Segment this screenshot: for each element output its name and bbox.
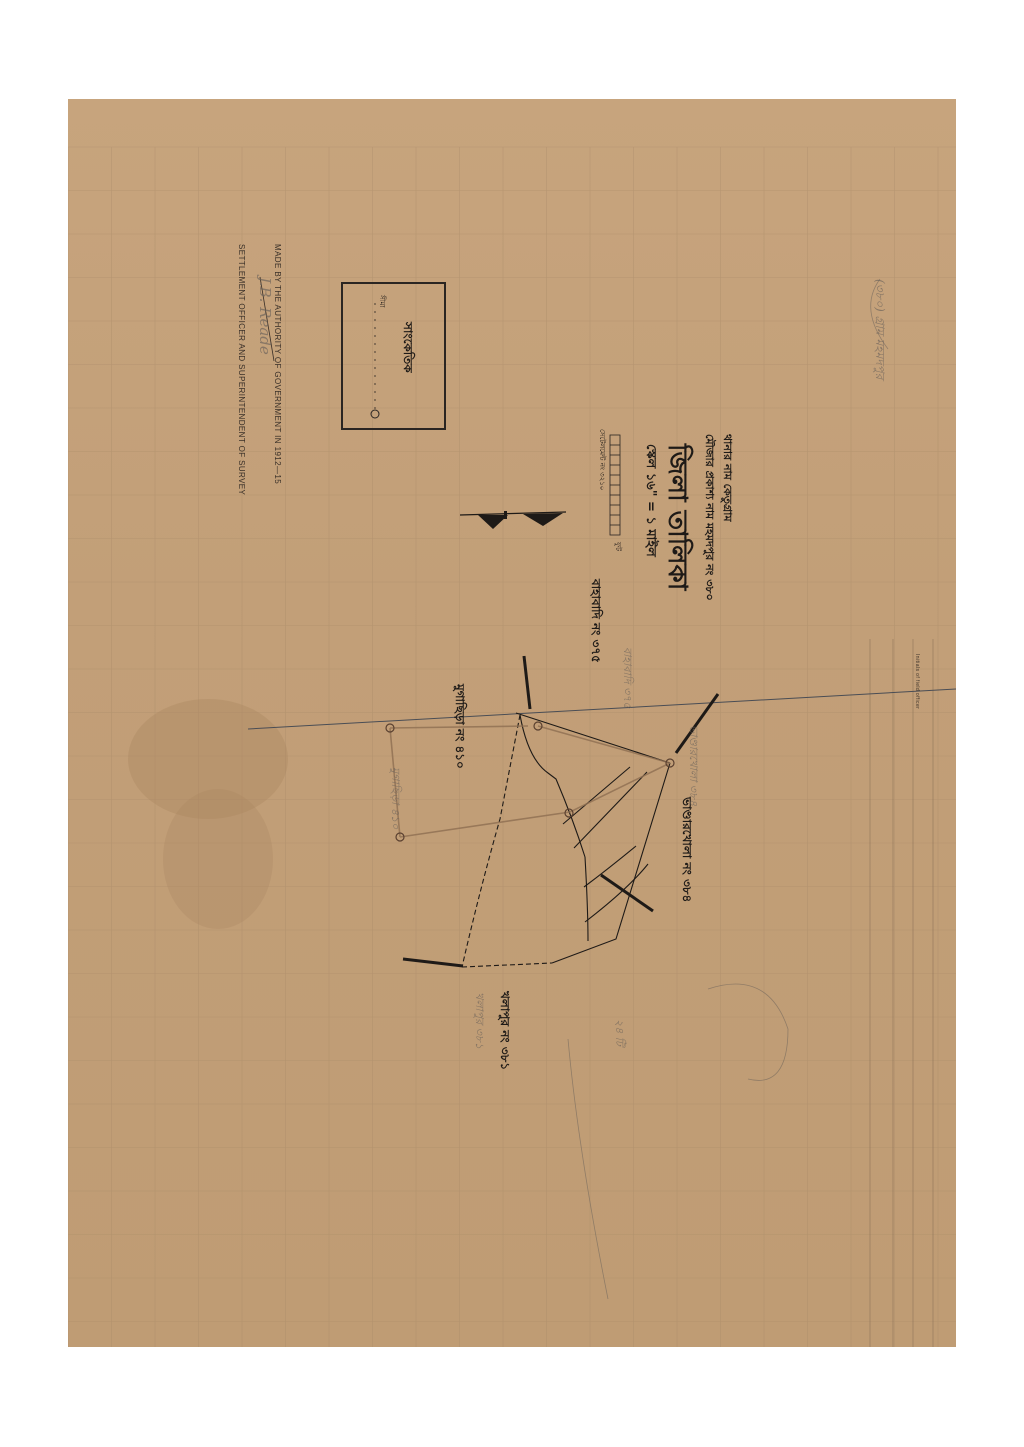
map-drawing — [68, 99, 956, 1347]
margin-table-heading: Initials of field officer — [914, 654, 920, 709]
adjacent-mouza-north: বাহাবাদি নং ৩৭৫ — [584, 579, 604, 663]
adjacent-mouza-west: মুগাছিড়া নং ৪১০ — [448, 684, 468, 769]
legend-box — [342, 283, 445, 429]
map-sheet: MADE BY THE AUTHORITY OF GOVERNMENT IN 1… — [68, 99, 956, 1347]
margin-table — [870, 639, 933, 1347]
scale-bar-caption: সেটেলমেন্ট নং ৩২১০ — [596, 429, 608, 490]
scale-bar-unit: ফুট — [612, 542, 624, 551]
pencil-note-2: মুগাছিড়া ৪১০ — [385, 767, 404, 829]
survey-line — [248, 689, 956, 729]
traverse-lines — [390, 726, 670, 837]
pencil-note-5: ২৪ টি — [609, 1019, 628, 1046]
pencil-note-1: বাহাবাদি ৩৭৫ — [617, 647, 636, 708]
legend-box-item: সীমা — [376, 295, 388, 308]
pencil-note-4: খলাপুর ৩৮১ — [469, 992, 488, 1049]
adjacent-mouza-south: খলাপুর নং ৩৮১ — [493, 991, 513, 1070]
map-title: জিলা তালিকা — [654, 444, 698, 590]
north-arrow-icon — [460, 511, 566, 529]
officer-line: SETTLEMENT OFFICER AND SUPERINTENDENT OF… — [237, 244, 246, 495]
header-line-1: থানার নাম কেতুগ্রাম — [717, 434, 736, 522]
scale-bar — [610, 435, 620, 535]
authority-line: MADE BY THE AUTHORITY OF GOVERNMENT IN 1… — [273, 244, 282, 484]
header-line-2: মৌজার প্রকাশ্য নাম মহমদপুর নং ৩৮০ — [699, 434, 718, 601]
legend-box-label: সাংকেতিক — [396, 322, 416, 373]
pencil-note-village: (৩৮০) গ্রাম মহমদপুর — [868, 279, 888, 379]
mouza-boundary — [462, 713, 670, 967]
pencil-note-3: ভাণ্ডারখোলা ৩৮৪ — [683, 725, 702, 806]
adjacent-mouza-east: ভাণ্ডারখোলা নং ৩৮৪ — [675, 797, 695, 902]
signature: J.B. Reade — [256, 277, 274, 355]
scan-background: MADE BY THE AUTHORITY OF GOVERNMENT IN 1… — [68, 99, 956, 1347]
scale-text: স্কেল ১৬" = ১ মাইল — [639, 444, 660, 557]
